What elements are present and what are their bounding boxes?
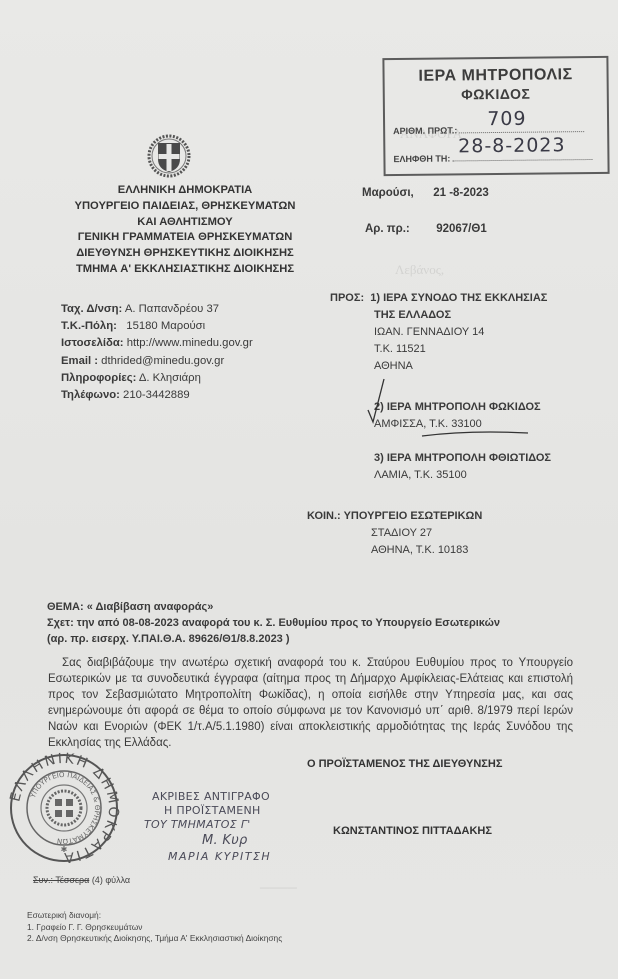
internal-distribution-item: 1. Γραφείο Γ. Γ. Θρησκευμάτων <box>27 922 282 934</box>
received-stamp: ΙΕΡΑ ΜΗΤΡΟΠΟΛΙΣ ΦΩΚΙΔΟΣ ΑΡΙΘΜ. ΠΡΩΤ.:709… <box>382 56 609 176</box>
bleed-through-text: Λεβάνος, <box>395 262 444 278</box>
handwritten-initials: Μ. Κυρ <box>152 834 271 848</box>
place-date: Μαρούσι, 21 -8-2023 <box>362 187 489 199</box>
official-seal-icon: ΕΛΛΗΝΙΚΗ ΔΗΜΟΚΡΑΤΙΑ ΥΠΟΥΡΓΕΙΟ ΠΑΙΔΕΙΑΣ &… <box>8 752 120 864</box>
contact-row-address: Ταχ. Δ/νση: Α. Παπανδρέου 37 <box>61 301 253 318</box>
svg-text:✱: ✱ <box>61 845 68 854</box>
spacer <box>330 375 551 399</box>
certify-line: ΤΟΥ ΤΜΗΜΑΤΟΣ Γ' <box>144 818 271 832</box>
contact-row-postcode: Τ.Κ.-Πόλη: 15180 Μαρούσι <box>61 318 253 335</box>
greek-coat-of-arms-icon <box>146 133 192 179</box>
contact-row-phone: Τηλέφωνο: 210-3442889 <box>61 387 253 404</box>
recipient-1: ΠΡΟΣ: 1) ΙΕΡΑ ΣΥΝΟΔΟ ΤΗΣ ΕΚΚΛΗΣΙΑΣ <box>330 290 551 307</box>
signer-title: Ο ΠΡΟΪΣΤΑΜΕΝΟΣ ΤΗΣ ΔΙΕΥΘΥΝΣΗΣ <box>307 758 502 770</box>
recipient-2-line: ΑΜΦΙΣΣΑ, Τ.Κ. 33100 <box>330 416 551 433</box>
contact-row-website: Ιστοσελίδα: http://www.minedu.gov.gr <box>61 335 253 352</box>
recipients-block: ΠΡΟΣ: 1) ΙΕΡΑ ΣΥΝΟΔΟ ΤΗΣ ΕΚΚΛΗΣΙΑΣ ΤΗΣ Ε… <box>330 290 551 484</box>
sender-header: ΕΛΛΗΝΙΚΗ ΔΗΜΟΚΡΑΤΙΑ ΥΠΟΥΡΓΕΙΟ ΠΑΙΔΕΙΑΣ, … <box>45 183 325 278</box>
recipient-1-line: ΤΗΣ ΕΛΛΑΔΟΣ <box>330 307 551 324</box>
certified-copy-stamp: ΑΚΡΙΒΕΣ ΑΝΤΙΓΡΑΦΟ Η ΠΡΟΪΣΤΑΜΕΝΗ ΤΟΥ ΤΜΗΜ… <box>152 790 271 864</box>
reference-number-line: (αρ. πρ. εισερχ. Υ.ΠΑΙ.Θ.Α. 89626/Θ1/8.8… <box>47 631 500 647</box>
recipient-1-line: ΑΘΗΝΑ <box>330 358 551 375</box>
reference-line: Σχετ: την από 08-08-2023 αναφορά του κ. … <box>47 615 500 631</box>
recipient-1-line: ΙΩΑΝ. ΓΕΝΝΑΔΙΟΥ 14 <box>330 324 551 341</box>
stamp-title-line2: ΦΩΚΙΔΟΣ <box>385 85 607 103</box>
cc-recipient: ΚΟΙΝ.: ΥΠΟΥΡΓΕΙΟ ΕΣΩΤΕΡΙΚΩΝ <box>307 508 482 525</box>
cc-block: ΚΟΙΝ.: ΥΠΟΥΡΓΕΙΟ ΕΣΩΤΕΡΙΚΩΝ ΣΤΑΔΙΟΥ 27 Α… <box>307 508 482 559</box>
sender-line: ΔΙΕΥΘΥΝΣΗ ΘΡΗΣΚΕΥΤΙΚΗΣ ΔΙΟΙΚΗΣΗΣ <box>45 246 325 262</box>
subject-block: ΘΕΜΑ: « Διαβίβαση αναφοράς» Σχετ: την απ… <box>47 599 500 647</box>
stamp-protocol-value: 709 <box>487 108 526 130</box>
stamp-received-value: 28-8-2023 <box>458 134 566 157</box>
cc-line: ΑΘΗΝΑ, Τ.Κ. 10183 <box>307 542 482 559</box>
certify-line: Η ΠΡΟΪΣΤΑΜΕΝΗ <box>152 804 271 818</box>
contact-row-info: Πληροφορίες: Δ. Κλησιάρη <box>61 370 253 387</box>
stamp-received-label: ΕΛΗΦΘΗ ΤΗ: <box>393 153 450 164</box>
cc-line: ΣΤΑΔΙΟΥ 27 <box>307 525 482 542</box>
cc-label: ΚΟΙΝ.: <box>307 510 341 522</box>
internal-distribution: Εσωτερική διανομή: 1. Γραφείο Γ. Γ. Θρησ… <box>27 910 282 945</box>
email-link[interactable]: dthrided@minedu.gov.gr <box>98 355 224 367</box>
sender-line: ΥΠΟΥΡΓΕΙΟ ΠΑΙΔΕΙΑΣ, ΘΡΗΣΚΕΥΜΑΤΩΝ <box>45 199 325 215</box>
bleed-through-text: ──── <box>260 880 297 896</box>
stamp-received-row: ΕΛΗΦΘΗ ΤΗ:28-8-2023 <box>393 149 592 164</box>
scanned-document-page: ΑΝΑΦΟΡΑ Λεβάνος, ──── ΙΕΡΑ ΜΗΤΡΟΠΟΛΙΣ ΦΩ… <box>0 0 618 979</box>
sender-line: ΚΑΙ ΑΘΛΗΤΙΣΜΟΥ <box>45 215 325 231</box>
underline-mark <box>420 430 530 438</box>
protocol-number: Αρ. πρ.: 92067/Θ1 <box>365 223 487 235</box>
signer-name: ΚΩΝΣΤΑΝΤΙΝΟΣ ΠΙΤΤΑΔΑΚΗΣ <box>333 825 492 837</box>
stamp-title-line1: ΙΕΡΑ ΜΗΤΡΟΠΟΛΙΣ <box>384 66 606 86</box>
attachments-count: (4) φύλλα <box>92 875 130 885</box>
website-link[interactable]: http://www.minedu.gov.gr <box>124 337 253 349</box>
contact-row-email: Email : dthrided@minedu.gov.gr <box>61 353 253 370</box>
internal-distribution-title: Εσωτερική διανομή: <box>27 910 282 922</box>
internal-distribution-item: 2. Δ/νση Θρησκευτικής Διοίκησης, Τμήμα Α… <box>27 933 282 945</box>
place: Μαρούσι, <box>362 187 430 199</box>
recipient-3-line: ΛΑΜΙΑ, Τ.Κ. 35100 <box>330 467 551 484</box>
date: 21 -8-2023 <box>433 187 489 199</box>
protocol-value: 92067/Θ1 <box>436 223 487 235</box>
recipient-1-line: Τ.Κ. 11521 <box>330 341 551 358</box>
attachments-note: Συν.: Τέσσερα (4) φύλλα <box>33 875 130 885</box>
sender-line: ΕΛΛΗΝΙΚΗ ΔΗΜΟΚΡΑΤΙΑ <box>45 183 325 199</box>
protocol-label: Αρ. πρ.: <box>365 223 433 235</box>
certify-line: ΑΚΡΙΒΕΣ ΑΝΤΙΓΡΑΦΟ <box>152 790 271 804</box>
recipient-2: 2) ΙΕΡΑ ΜΗΤΡΟΠΟΛΗ ΦΩΚΙΔΟΣ <box>330 399 551 416</box>
sender-line: ΤΜΗΜΑ Α' ΕΚΚΛΗΣΙΑΣΤΙΚΗΣ ΔΙΟΙΚΗΣΗΣ <box>45 262 325 278</box>
subject-line: ΘΕΜΑ: « Διαβίβαση αναφοράς» <box>47 599 500 615</box>
sender-line: ΓΕΝΙΚΗ ΓΡΑΜΜΑΤΕΙΑ ΘΡΗΣΚΕΥΜΑΤΩΝ <box>45 230 325 246</box>
contact-info: Ταχ. Δ/νση: Α. Παπανδρέου 37 Τ.Κ.-Πόλη: … <box>61 301 253 404</box>
recipients-label: ΠΡΟΣ: <box>330 292 364 304</box>
letter-body: Σας διαβιβάζουμε την ανωτέρω σχετική ανα… <box>48 655 573 751</box>
stamp-protocol-label: ΑΡΙΘΜ. ΠΡΩΤ.: <box>393 125 457 136</box>
handwritten-name: ΜΑΡΙΑ ΚΥΡΙΤΣΗ <box>152 850 271 864</box>
recipient-3: 3) ΙΕΡΑ ΜΗΤΡΟΠΟΛΗ ΦΘΙΩΤΙΔΟΣ <box>330 450 551 467</box>
attachments-struck: Συν.: Τέσσερα <box>33 875 89 885</box>
